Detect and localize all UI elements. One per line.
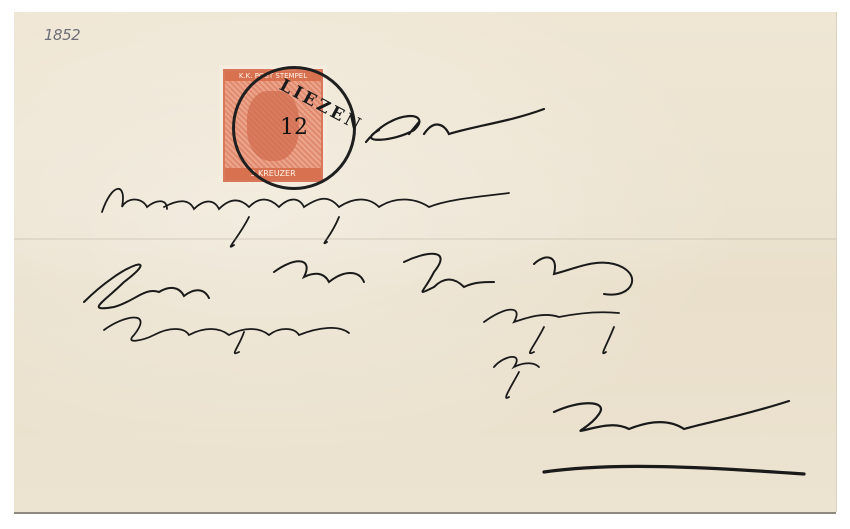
address-line-1 [366,109,544,142]
destination-underline [544,466,804,474]
address-line-3 [84,254,632,308]
address-line-2 [102,189,509,247]
letter-cover: 1852 K.K. POST STEMPEL 3 KREUZER LIEZEN … [14,12,836,512]
address-line-4 [104,310,619,354]
handwritten-address [14,12,836,512]
address-line-6 [554,401,789,431]
address-line-5 [494,357,539,398]
